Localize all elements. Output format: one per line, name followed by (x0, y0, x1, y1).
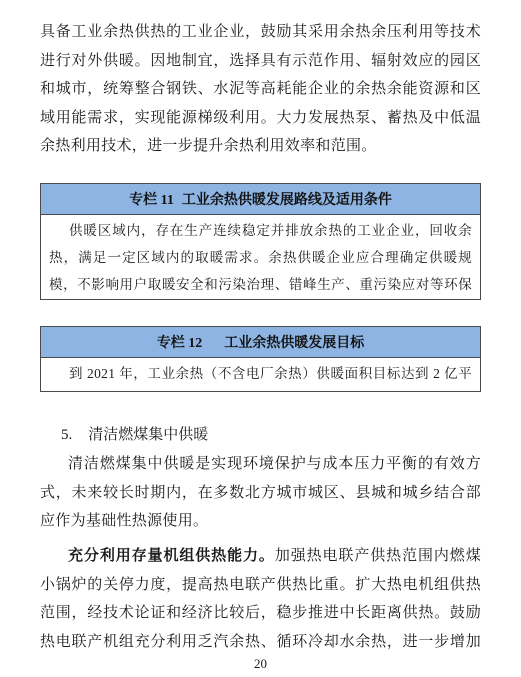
section-heading: 5. 清洁燃煤集中供暖 (61, 424, 481, 446)
callout-11-header: 专栏 11 工业余热供暖发展路线及适用条件 (41, 184, 480, 215)
callout-11-body: 供暖区域内，存在生产连续稳定并排放余热的工业企业，回收余热，满足一定区域内的取暖… (41, 215, 480, 299)
callout-box-12: 专栏 12 工业余热供暖发展目标 到 2021 年，工业余热（不含电厂余热）供暖… (40, 326, 481, 392)
page-number: 20 (40, 657, 481, 671)
section-paragraph: 清洁燃煤集中供暖是实现环境保护与成本压力平衡的有效方式，未来较长时期内，在多数北… (40, 450, 481, 536)
callout-12-label: 专栏 12 (157, 332, 203, 352)
intro-paragraph: 具备工业余热供热的工业企业，鼓励其采用余热余压利用等技术进行对外供暖。因地制宜，… (40, 18, 481, 160)
callout-12-title: 工业余热供暖发展目标 (224, 332, 364, 352)
callout-11-title: 工业余热供暖发展路线及适用条件 (182, 189, 392, 209)
bold-lead-text: 充分利用存量机组供热能力。 (68, 548, 275, 564)
callout-11-text: 供暖区域内，存在生产连续稳定并排放余热的工业企业，回收余热，满足一定区域内的取暖… (49, 217, 472, 299)
section-number: 5. (61, 424, 72, 446)
section-title: 清洁燃煤集中供暖 (88, 424, 208, 446)
callout-11-label: 专栏 11 (129, 189, 174, 209)
callout-12-header: 专栏 12 工业余热供暖发展目标 (41, 327, 480, 358)
document-page: 具备工业余热供热的工业企业，鼓励其采用余热余压利用等技术进行对外供暖。因地制宜，… (0, 0, 521, 677)
callout-box-11: 专栏 11 工业余热供暖发展路线及适用条件 供暖区域内，存在生产连续稳定并排放余… (40, 183, 481, 300)
callout-12-body: 到 2021 年，工业余热（不含电厂余热）供暖面积目标达到 2 亿平方米。 (41, 358, 480, 391)
bold-lead-rest-text: 加强热电联产供热范围内燃煤小锅炉的关停力度，提高热电联产供热比重。扩大热电机组供… (40, 548, 481, 656)
callout-12-text: 到 2021 年，工业余热（不含电厂余热）供暖面积目标达到 2 亿平方米。 (49, 360, 472, 391)
page-content: 具备工业余热供热的工业企业，鼓励其采用余热余压利用等技术进行对外供暖。因地制宜，… (0, 0, 521, 671)
bold-lead-paragraph: 充分利用存量机组供热能力。加强热电联产供热范围内燃煤小锅炉的关停力度，提高热电联… (40, 542, 481, 656)
